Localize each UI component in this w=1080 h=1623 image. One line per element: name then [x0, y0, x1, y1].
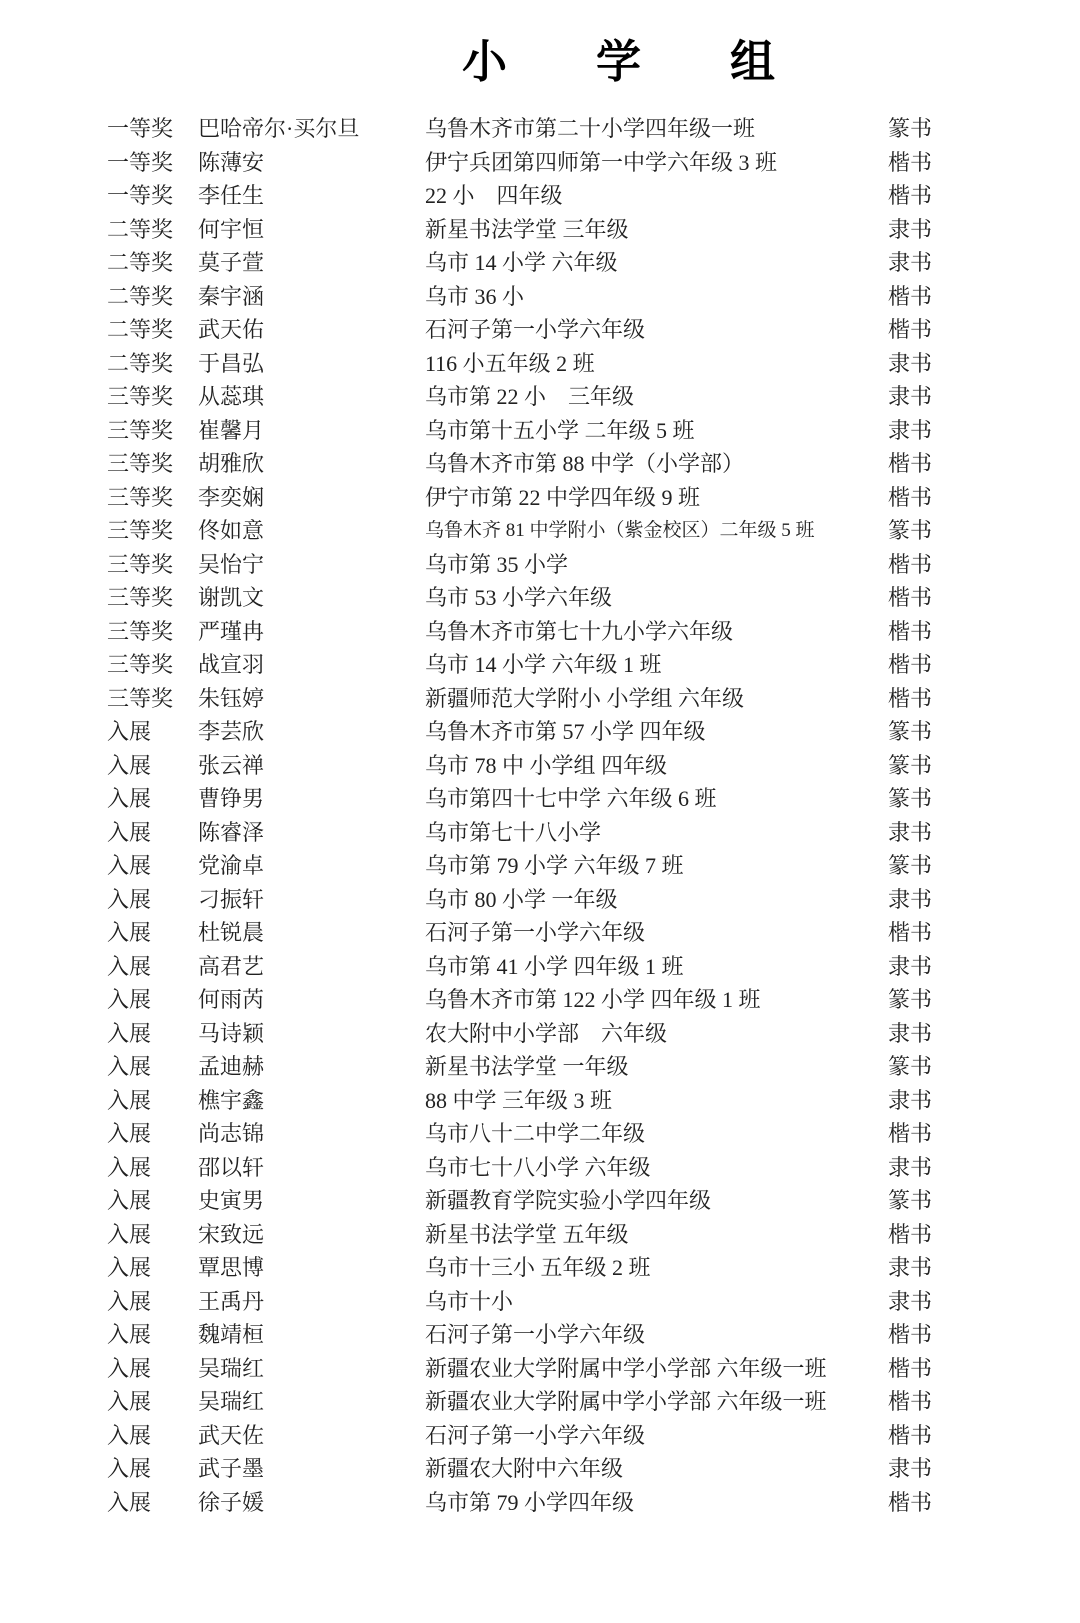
- name-cell: 胡雅欣: [198, 447, 264, 481]
- award-cell: 入展: [107, 1251, 151, 1285]
- name-cell: 莫子萱: [198, 246, 264, 280]
- award-cell: 入展: [107, 715, 151, 749]
- name-cell: 徐子媛: [198, 1486, 264, 1520]
- award-cell: 三等奖: [107, 481, 173, 515]
- name-cell: 武天佑: [198, 313, 264, 347]
- table-row: 入展刁振轩乌市 80 小学 一年级隶书: [0, 883, 1080, 917]
- school-cell: 新星书法学堂 一年级: [425, 1050, 629, 1084]
- table-row: 入展王禹丹乌市十小隶书: [0, 1285, 1080, 1319]
- name-cell: 巴哈帝尔·买尔旦: [198, 112, 359, 146]
- award-cell: 入展: [107, 883, 151, 917]
- style-cell: 篆书: [888, 849, 932, 883]
- name-cell: 马诗颖: [198, 1017, 264, 1051]
- name-cell: 陈睿泽: [198, 816, 264, 850]
- table-row: 入展吴瑞红新疆农业大学附属中学小学部 六年级一班楷书: [0, 1352, 1080, 1386]
- award-cell: 一等奖: [107, 146, 173, 180]
- name-cell: 吴怡宁: [198, 548, 264, 582]
- table-row: 三等奖崔馨月乌市第十五小学 二年级 5 班隶书: [0, 414, 1080, 448]
- school-cell: 新疆教育学院实验小学四年级: [425, 1184, 711, 1218]
- style-cell: 篆书: [888, 112, 932, 146]
- school-cell: 新疆师范大学附小 小学组 六年级: [425, 682, 744, 716]
- table-row: 入展张云禅乌市 78 中 小学组 四年级篆书: [0, 749, 1080, 783]
- school-cell: 乌市第 35 小学: [425, 548, 568, 582]
- table-row: 二等奖莫子萱乌市 14 小学 六年级隶书: [0, 246, 1080, 280]
- award-cell: 二等奖: [107, 280, 173, 314]
- style-cell: 楷书: [888, 1318, 932, 1352]
- award-cell: 三等奖: [107, 514, 173, 548]
- style-cell: 楷书: [888, 1352, 932, 1386]
- style-cell: 篆书: [888, 782, 932, 816]
- school-cell: 新疆农大附中六年级: [425, 1452, 623, 1486]
- award-cell: 二等奖: [107, 313, 173, 347]
- table-row: 三等奖从蕊琪乌市第 22 小 三年级隶书: [0, 380, 1080, 414]
- style-cell: 篆书: [888, 983, 932, 1017]
- name-cell: 何宇恒: [198, 213, 264, 247]
- school-cell: 乌市第 22 小 三年级: [425, 380, 634, 414]
- award-cell: 入展: [107, 816, 151, 850]
- table-row: 入展何雨芮乌鲁木齐市第 122 小学 四年级 1 班篆书: [0, 983, 1080, 1017]
- school-cell: 新星书法学堂 三年级: [425, 213, 629, 247]
- award-cell: 三等奖: [107, 581, 173, 615]
- school-cell: 乌市 53 小学六年级: [425, 581, 612, 615]
- style-cell: 楷书: [888, 1218, 932, 1252]
- award-cell: 三等奖: [107, 414, 173, 448]
- award-cell: 一等奖: [107, 112, 173, 146]
- award-cell: 入展: [107, 1084, 151, 1118]
- table-row: 入展覃思博乌市十三小 五年级 2 班隶书: [0, 1251, 1080, 1285]
- award-cell: 入展: [107, 1419, 151, 1453]
- award-cell: 入展: [107, 1285, 151, 1319]
- school-cell: 新星书法学堂 五年级: [425, 1218, 629, 1252]
- page-title: 小学组: [462, 38, 864, 88]
- award-cell: 入展: [107, 1452, 151, 1486]
- name-cell: 高君艺: [198, 950, 264, 984]
- table-row: 入展尚志锦乌市八十二中学二年级楷书: [0, 1117, 1080, 1151]
- table-row: 入展高君艺乌市第 41 小学 四年级 1 班隶书: [0, 950, 1080, 984]
- school-cell: 石河子第一小学六年级: [425, 916, 645, 950]
- table-row: 二等奖秦宇涵乌市 36 小楷书: [0, 280, 1080, 314]
- name-cell: 李奕娴: [198, 481, 264, 515]
- school-cell: 乌市十三小 五年级 2 班: [425, 1251, 651, 1285]
- style-cell: 篆书: [888, 1050, 932, 1084]
- school-cell: 乌鲁木齐市第七十九小学六年级: [425, 615, 733, 649]
- table-row: 二等奖武天佑石河子第一小学六年级楷书: [0, 313, 1080, 347]
- table-row: 入展曹铮男乌市第四十七中学 六年级 6 班篆书: [0, 782, 1080, 816]
- award-cell: 入展: [107, 1184, 151, 1218]
- award-cell: 入展: [107, 1318, 151, 1352]
- table-row: 入展徐子媛乌市第 79 小学四年级楷书: [0, 1486, 1080, 1520]
- school-cell: 乌市第七十八小学: [425, 816, 601, 850]
- name-cell: 陈薄安: [198, 146, 264, 180]
- award-cell: 二等奖: [107, 213, 173, 247]
- award-cell: 入展: [107, 849, 151, 883]
- style-cell: 隶书: [888, 414, 932, 448]
- school-cell: 乌市 36 小: [425, 280, 524, 314]
- school-cell: 乌市第 79 小学四年级: [425, 1486, 634, 1520]
- name-cell: 刁振轩: [198, 883, 264, 917]
- award-cell: 入展: [107, 950, 151, 984]
- table-row: 二等奖何宇恒新星书法学堂 三年级隶书: [0, 213, 1080, 247]
- school-cell: 新疆农业大学附属中学小学部 六年级一班: [425, 1352, 827, 1386]
- table-row: 入展李芸欣乌鲁木齐市第 57 小学 四年级篆书: [0, 715, 1080, 749]
- school-cell: 石河子第一小学六年级: [425, 313, 645, 347]
- name-cell: 尚志锦: [198, 1117, 264, 1151]
- name-cell: 宋致远: [198, 1218, 264, 1252]
- table-row: 三等奖严瑾冉乌鲁木齐市第七十九小学六年级楷书: [0, 615, 1080, 649]
- name-cell: 从蕊琪: [198, 380, 264, 414]
- style-cell: 隶书: [888, 816, 932, 850]
- name-cell: 秦宇涵: [198, 280, 264, 314]
- name-cell: 吴瑞红: [198, 1352, 264, 1386]
- style-cell: 楷书: [888, 447, 932, 481]
- school-cell: 乌市 80 小学 一年级: [425, 883, 618, 917]
- style-cell: 隶书: [888, 1285, 932, 1319]
- name-cell: 何雨芮: [198, 983, 264, 1017]
- style-cell: 楷书: [888, 1117, 932, 1151]
- award-cell: 三等奖: [107, 447, 173, 481]
- table-row: 入展魏靖桓石河子第一小学六年级楷书: [0, 1318, 1080, 1352]
- school-cell: 116 小五年级 2 班: [425, 347, 595, 381]
- school-cell: 乌市第 79 小学 六年级 7 班: [425, 849, 684, 883]
- table-row: 入展武天佐石河子第一小学六年级楷书: [0, 1419, 1080, 1453]
- style-cell: 隶书: [888, 246, 932, 280]
- award-cell: 二等奖: [107, 246, 173, 280]
- style-cell: 楷书: [888, 146, 932, 180]
- school-cell: 乌鲁木齐市第 57 小学 四年级: [425, 715, 706, 749]
- award-cell: 三等奖: [107, 682, 173, 716]
- style-cell: 隶书: [888, 1084, 932, 1118]
- table-row: 三等奖朱钰婷新疆师范大学附小 小学组 六年级楷书: [0, 682, 1080, 716]
- award-cell: 入展: [107, 1352, 151, 1386]
- table-row: 三等奖战宣羽乌市 14 小学 六年级 1 班楷书: [0, 648, 1080, 682]
- style-cell: 楷书: [888, 280, 932, 314]
- table-row: 一等奖巴哈帝尔·买尔旦乌鲁木齐市第二十小学四年级一班篆书: [0, 112, 1080, 146]
- award-cell: 入展: [107, 1117, 151, 1151]
- school-cell: 石河子第一小学六年级: [425, 1318, 645, 1352]
- award-cell: 入展: [107, 1218, 151, 1252]
- name-cell: 武子墨: [198, 1452, 264, 1486]
- style-cell: 隶书: [888, 1251, 932, 1285]
- table-row: 入展陈睿泽乌市第七十八小学隶书: [0, 816, 1080, 850]
- school-cell: 乌鲁木齐市第 88 中学（小学部）: [425, 447, 744, 481]
- award-cell: 入展: [107, 1017, 151, 1051]
- school-cell: 石河子第一小学六年级: [425, 1419, 645, 1453]
- style-cell: 篆书: [888, 749, 932, 783]
- style-cell: 篆书: [888, 715, 932, 749]
- style-cell: 隶书: [888, 1017, 932, 1051]
- name-cell: 朱钰婷: [198, 682, 264, 716]
- school-cell: 乌市 14 小学 六年级 1 班: [425, 648, 662, 682]
- style-cell: 楷书: [888, 648, 932, 682]
- name-cell: 崔馨月: [198, 414, 264, 448]
- table-row: 三等奖李奕娴伊宁市第 22 中学四年级 9 班楷书: [0, 481, 1080, 515]
- name-cell: 史寅男: [198, 1184, 264, 1218]
- school-cell: 农大附中小学部 六年级: [425, 1017, 667, 1051]
- award-cell: 入展: [107, 1385, 151, 1419]
- name-cell: 李芸欣: [198, 715, 264, 749]
- name-cell: 樵宇鑫: [198, 1084, 264, 1118]
- award-table: 一等奖巴哈帝尔·买尔旦乌鲁木齐市第二十小学四年级一班篆书一等奖陈薄安伊宁兵团第四…: [0, 112, 1080, 1519]
- award-cell: 三等奖: [107, 380, 173, 414]
- style-cell: 楷书: [888, 682, 932, 716]
- style-cell: 楷书: [888, 615, 932, 649]
- award-cell: 入展: [107, 1050, 151, 1084]
- table-row: 入展杜锐晨石河子第一小学六年级楷书: [0, 916, 1080, 950]
- table-row: 入展孟迪赫新星书法学堂 一年级篆书: [0, 1050, 1080, 1084]
- award-cell: 入展: [107, 749, 151, 783]
- school-cell: 乌市八十二中学二年级: [425, 1117, 645, 1151]
- style-cell: 楷书: [888, 481, 932, 515]
- table-row: 入展武子墨新疆农大附中六年级隶书: [0, 1452, 1080, 1486]
- award-cell: 入展: [107, 1486, 151, 1520]
- name-cell: 杜锐晨: [198, 916, 264, 950]
- name-cell: 邵以轩: [198, 1151, 264, 1185]
- style-cell: 楷书: [888, 1385, 932, 1419]
- style-cell: 篆书: [888, 1184, 932, 1218]
- style-cell: 篆书: [888, 514, 932, 548]
- award-cell: 入展: [107, 782, 151, 816]
- school-cell: 乌市第 41 小学 四年级 1 班: [425, 950, 684, 984]
- style-cell: 隶书: [888, 380, 932, 414]
- school-cell: 伊宁兵团第四师第一中学六年级 3 班: [425, 146, 777, 180]
- table-row: 三等奖胡雅欣乌鲁木齐市第 88 中学（小学部）楷书: [0, 447, 1080, 481]
- name-cell: 党渝卓: [198, 849, 264, 883]
- award-cell: 三等奖: [107, 615, 173, 649]
- table-row: 三等奖佟如意乌鲁木齐 81 中学附小（紫金校区）二年级 5 班篆书: [0, 514, 1080, 548]
- table-row: 入展党渝卓乌市第 79 小学 六年级 7 班篆书: [0, 849, 1080, 883]
- name-cell: 曹铮男: [198, 782, 264, 816]
- name-cell: 魏靖桓: [198, 1318, 264, 1352]
- name-cell: 佟如意: [198, 514, 264, 548]
- school-cell: 乌市十小: [425, 1285, 513, 1319]
- style-cell: 楷书: [888, 179, 932, 213]
- name-cell: 李任生: [198, 179, 264, 213]
- name-cell: 吴瑞红: [198, 1385, 264, 1419]
- name-cell: 孟迪赫: [198, 1050, 264, 1084]
- style-cell: 楷书: [888, 548, 932, 582]
- award-cell: 入展: [107, 1151, 151, 1185]
- table-row: 三等奖谢凯文乌市 53 小学六年级楷书: [0, 581, 1080, 615]
- name-cell: 于昌弘: [198, 347, 264, 381]
- school-cell: 乌市第十五小学 二年级 5 班: [425, 414, 695, 448]
- school-cell: 乌鲁木齐市第 122 小学 四年级 1 班: [425, 983, 761, 1017]
- award-cell: 三等奖: [107, 648, 173, 682]
- school-cell: 乌鲁木齐市第二十小学四年级一班: [425, 112, 755, 146]
- name-cell: 张云禅: [198, 749, 264, 783]
- name-cell: 王禹丹: [198, 1285, 264, 1319]
- document-page: 小学组 一等奖巴哈帝尔·买尔旦乌鲁木齐市第二十小学四年级一班篆书一等奖陈薄安伊宁…: [0, 0, 1080, 1623]
- school-cell: 乌市第四十七中学 六年级 6 班: [425, 782, 717, 816]
- table-row: 入展宋致远新星书法学堂 五年级楷书: [0, 1218, 1080, 1252]
- table-row: 一等奖陈薄安伊宁兵团第四师第一中学六年级 3 班楷书: [0, 146, 1080, 180]
- award-cell: 二等奖: [107, 347, 173, 381]
- table-row: 一等奖李任生22 小 四年级楷书: [0, 179, 1080, 213]
- school-cell: 乌鲁木齐 81 中学附小（紫金校区）二年级 5 班: [425, 514, 815, 548]
- table-row: 二等奖于昌弘116 小五年级 2 班隶书: [0, 347, 1080, 381]
- name-cell: 战宣羽: [198, 648, 264, 682]
- table-row: 入展史寅男新疆教育学院实验小学四年级篆书: [0, 1184, 1080, 1218]
- style-cell: 隶书: [888, 1452, 932, 1486]
- style-cell: 楷书: [888, 313, 932, 347]
- style-cell: 隶书: [888, 950, 932, 984]
- school-cell: 乌市 78 中 小学组 四年级: [425, 749, 667, 783]
- award-cell: 一等奖: [107, 179, 173, 213]
- style-cell: 楷书: [888, 581, 932, 615]
- name-cell: 覃思博: [198, 1251, 264, 1285]
- school-cell: 乌市 14 小学 六年级: [425, 246, 618, 280]
- school-cell: 88 中学 三年级 3 班: [425, 1084, 612, 1118]
- table-row: 入展吴瑞红新疆农业大学附属中学小学部 六年级一班楷书: [0, 1385, 1080, 1419]
- school-cell: 新疆农业大学附属中学小学部 六年级一班: [425, 1385, 827, 1419]
- style-cell: 楷书: [888, 1486, 932, 1520]
- table-row: 入展樵宇鑫88 中学 三年级 3 班隶书: [0, 1084, 1080, 1118]
- name-cell: 谢凯文: [198, 581, 264, 615]
- school-cell: 伊宁市第 22 中学四年级 9 班: [425, 481, 700, 515]
- style-cell: 隶书: [888, 883, 932, 917]
- style-cell: 楷书: [888, 1419, 932, 1453]
- name-cell: 严瑾冉: [198, 615, 264, 649]
- table-row: 三等奖吴怡宁乌市第 35 小学楷书: [0, 548, 1080, 582]
- table-row: 入展马诗颖农大附中小学部 六年级隶书: [0, 1017, 1080, 1051]
- style-cell: 隶书: [888, 1151, 932, 1185]
- school-cell: 乌市七十八小学 六年级: [425, 1151, 651, 1185]
- style-cell: 隶书: [888, 347, 932, 381]
- award-cell: 入展: [107, 916, 151, 950]
- style-cell: 隶书: [888, 213, 932, 247]
- style-cell: 楷书: [888, 916, 932, 950]
- award-cell: 入展: [107, 983, 151, 1017]
- award-cell: 三等奖: [107, 548, 173, 582]
- school-cell: 22 小 四年级: [425, 179, 563, 213]
- table-row: 入展邵以轩乌市七十八小学 六年级隶书: [0, 1151, 1080, 1185]
- name-cell: 武天佐: [198, 1419, 264, 1453]
